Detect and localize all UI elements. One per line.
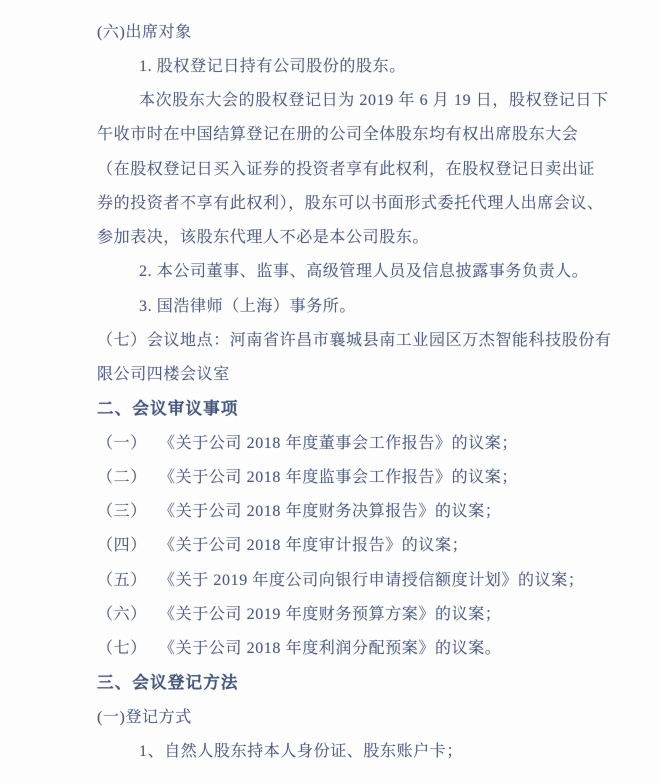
agenda-item: （五） 《关于 2019 年度公司向银行申请授信额度计划》的议案； [0, 561, 660, 595]
agenda-item-number: （三） [97, 498, 159, 521]
section-heading-registration: 三、会议登记方法 [0, 664, 660, 698]
agenda-item-number: （六） [97, 601, 159, 624]
paragraph-line: 1. 股权登记日持有公司股份的股东。 [0, 47, 660, 81]
agenda-item-text: 《关于公司 2019 年度财务预算方案》的议案； [159, 601, 590, 624]
agenda-item: （二） 《关于公司 2018 年度监事会工作报告》的议案； [0, 458, 660, 492]
agenda-item: （七） 《关于公司 2018 年度利润分配预案》的议案。 [0, 630, 660, 664]
agenda-item-number: （一） [97, 430, 159, 453]
paragraph-line: 1、自然人股东持本人身份证、股东账户卡； [0, 732, 660, 766]
paragraph-line: 本次股东大会的股权登记日为 2019 年 6 月 19 日，股权登记日下 [0, 82, 660, 116]
paragraph-line: 2. 本公司董事、监事、高级管理人员及信息披露事务负责人。 [0, 253, 660, 287]
agenda-item-text: 《关于公司 2018 年度监事会工作报告》的议案； [159, 464, 590, 487]
agenda-item-number: （二） [97, 464, 159, 487]
paragraph-line: 3. 国浩律师（上海）事务所。 [0, 287, 660, 321]
subsection-attendees-heading: (六)出席对象 [0, 13, 660, 47]
agenda-item-text: 《关于公司 2018 年度审计报告》的议案； [159, 532, 590, 555]
agenda-item-text: 《关于公司 2018 年度利润分配预案》的议案。 [159, 635, 590, 658]
agenda-item-text: 《关于公司 2018 年度董事会工作报告》的议案； [159, 430, 590, 453]
agenda-item-text: 《关于公司 2018 年度财务决算报告》的议案； [159, 498, 590, 521]
agenda-item-number: （四） [97, 532, 159, 555]
section-heading-review-items: 二、会议审议事项 [0, 390, 660, 424]
document-page: (六)出席对象 1. 股权登记日持有公司股份的股东。 本次股东大会的股权登记日为… [0, 0, 660, 784]
agenda-item-number: （七） [97, 635, 159, 658]
paragraph-line: 券的投资者不享有此权利），股东可以书面形式委托代理人出席会议、 [0, 184, 660, 218]
agenda-item-text: 《关于 2019 年度公司向银行申请授信额度计划》的议案； [159, 567, 590, 590]
paragraph-line: （在股权登记日买入证券的投资者享有此权利，在股权登记日卖出证 [0, 150, 660, 184]
subsection-venue-line: 限公司四楼会议室 [0, 356, 660, 390]
agenda-item: （六） 《关于公司 2019 年度财务预算方案》的议案； [0, 595, 660, 629]
paragraph-line: 午收市时在中国结算登记在册的公司全体股东均有权出席股东大会 [0, 116, 660, 150]
subsection-venue-line: （七）会议地点：河南省许昌市襄城县南工业园区万杰智能科技股份有 [0, 321, 660, 355]
agenda-item-number: （五） [97, 567, 159, 590]
agenda-item: （一） 《关于公司 2018 年度董事会工作报告》的议案； [0, 424, 660, 458]
paragraph-line: 参加表决，该股东代理人不必是本公司股东。 [0, 219, 660, 253]
subsection-registration-method: (一)登记方式 [0, 698, 660, 732]
agenda-item: （三） 《关于公司 2018 年度财务决算报告》的议案； [0, 493, 660, 527]
agenda-item: （四） 《关于公司 2018 年度审计报告》的议案； [0, 527, 660, 561]
